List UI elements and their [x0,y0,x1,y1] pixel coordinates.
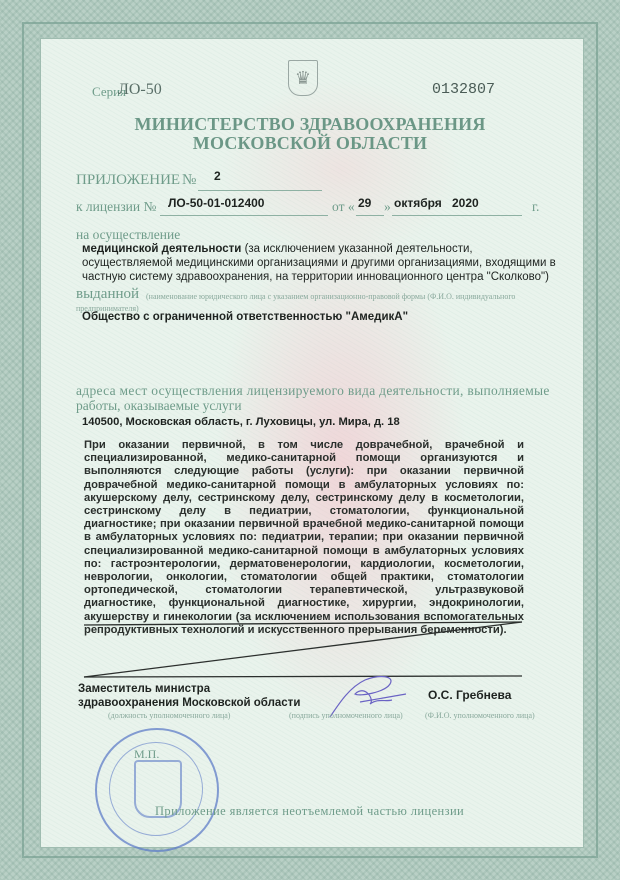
signatory-position-line1: Заместитель министра [78,683,210,695]
position-caption: (должность уполномоченного лица) [108,711,230,720]
signatory-name: О.С. Гребнева [428,688,511,702]
footer-note: Приложение является неотъемлемой частью … [155,804,464,819]
name-caption: (Ф.И.О. уполномоченного лица) [425,711,535,720]
signatory-position-line2: здравоохранения Московской области [78,697,300,709]
signature-caption: (подпись уполномоченного лица) [289,711,403,720]
stamp-mark-label: М.П. [134,747,159,762]
strikeout-z-lines [0,0,620,880]
